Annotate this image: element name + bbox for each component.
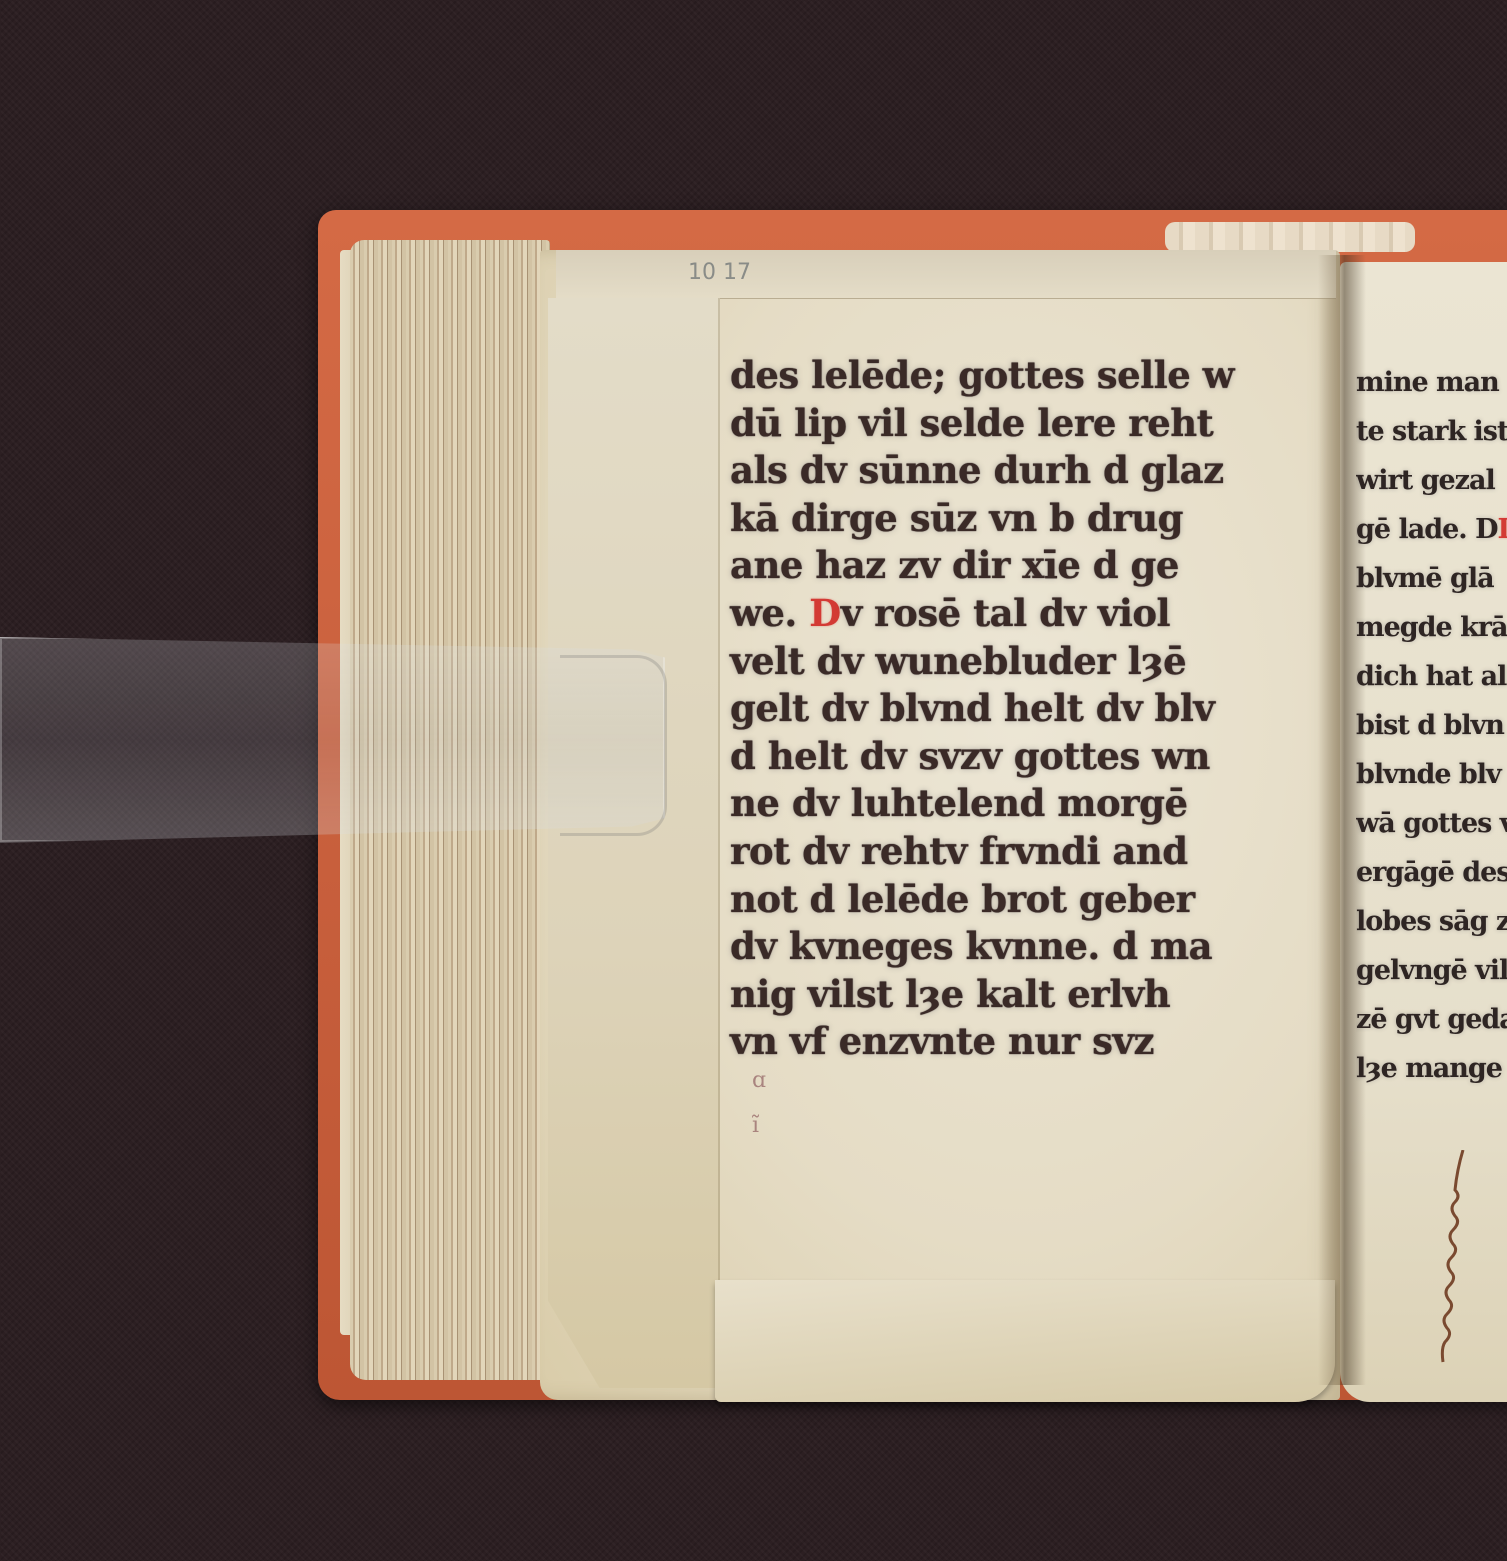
text-line: d helt dv svzv gottes wn bbox=[730, 733, 1310, 781]
foliation-number: 10 17 bbox=[688, 260, 751, 285]
text-line: velt dv wunebluder lȝē bbox=[730, 638, 1310, 686]
parchment-flap bbox=[548, 298, 720, 1388]
text-line: ergāgē des w bbox=[1356, 848, 1507, 897]
margin-mark: ɑ bbox=[752, 1068, 766, 1093]
text-line: lȝe mange bbox=[1356, 1044, 1507, 1093]
text-line: wā gottes vl bbox=[1356, 799, 1507, 848]
left-page-text: des lelēde; gottes selle w dū lip vil se… bbox=[730, 352, 1310, 1066]
text-line: ne dv luhtelend morgē bbox=[730, 780, 1310, 828]
text-line: gelt dv blvnd helt dv blv bbox=[730, 685, 1310, 733]
headband bbox=[1165, 222, 1415, 252]
text-line: gē lade. DD bbox=[1356, 505, 1507, 554]
margin-mark: ĩ bbox=[752, 1113, 759, 1138]
penwork-flourish bbox=[1435, 1150, 1475, 1400]
rubric-initial: D bbox=[1497, 514, 1507, 545]
text-line: dich hat al bbox=[1356, 652, 1507, 701]
text-line: mine man bbox=[1356, 358, 1507, 407]
right-page-text: mine man te stark ist wirt gezal gē lade… bbox=[1356, 358, 1507, 1093]
text-line: nig vilst lȝe kalt erlvh bbox=[730, 971, 1310, 1019]
text-line: megde krā bbox=[1356, 603, 1507, 652]
text-line: des lelēde; gottes selle w bbox=[730, 352, 1310, 400]
rubric-initial: D bbox=[809, 591, 841, 635]
text-line: als dv sūnne durh d glaz bbox=[730, 447, 1310, 495]
text-line: lobes sāg ze bbox=[1356, 897, 1507, 946]
page-lower-fold bbox=[715, 1280, 1335, 1402]
text-line: ane haz zv dir xīe d ge bbox=[730, 542, 1310, 590]
plastic-strip-tip bbox=[560, 655, 667, 836]
text-line: wirt gezal bbox=[1356, 456, 1507, 505]
text-line: kā dirge sūz vn b drug bbox=[730, 495, 1310, 543]
text-line: dū lip vil selde lere reht bbox=[730, 400, 1310, 448]
text-line: bist d blvn bbox=[1356, 701, 1507, 750]
text-line: dv kvneges kvnne. d ma bbox=[730, 923, 1310, 971]
text-line: gelvngē vil bbox=[1356, 946, 1507, 995]
text-line: not d lelēde brot geber bbox=[730, 876, 1310, 924]
text-line: rot dv rehtv frvndi and bbox=[730, 828, 1310, 876]
text-line: te stark ist bbox=[1356, 407, 1507, 456]
text-line: blvmē glā bbox=[1356, 554, 1507, 603]
text-line: vn vf enzvnte nur svz bbox=[730, 1018, 1310, 1066]
text-line: we. Dv rosē tal dv viol bbox=[730, 590, 1310, 638]
left-page-top-leaf bbox=[556, 250, 1336, 299]
text-line: zē gvt geda bbox=[1356, 995, 1507, 1044]
text-line: blvnde blv bbox=[1356, 750, 1507, 799]
